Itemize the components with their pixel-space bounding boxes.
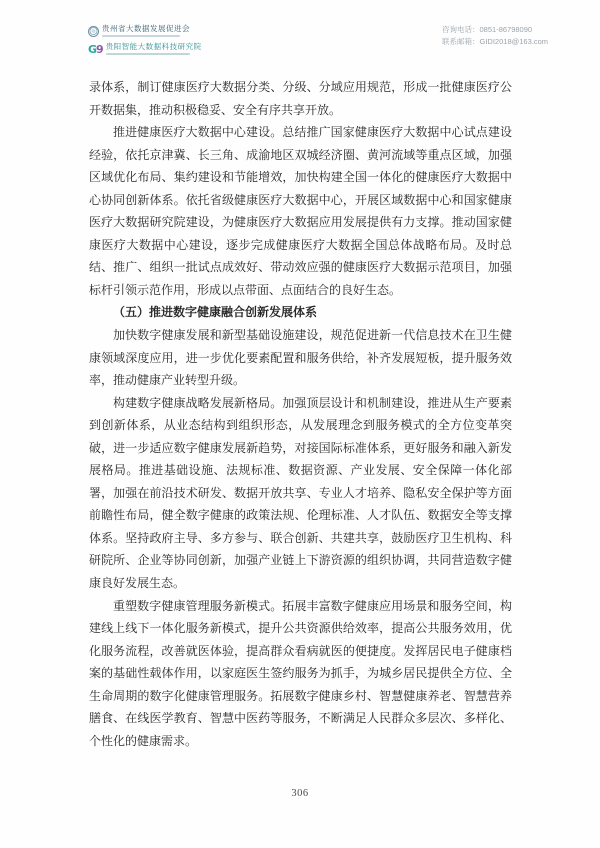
- contact-info: 咨询电话：0851-86798090 联系邮箱：GIDI2018@163.com: [442, 24, 548, 48]
- paragraph: 构建数字健康战略发展新格局。加强顶层设计和机制建设，推进从生产要素到创新体系，从…: [89, 392, 512, 595]
- logo-group: 贵州省大数据发展促进会 G9 贵阳智能大数据科技研究院: [88, 24, 202, 56]
- page-header: 贵州省大数据发展促进会 G9 贵阳智能大数据科技研究院 咨询电话：0851-86…: [88, 24, 548, 56]
- institute-name: 贵阳智能大数据科技研究院: [106, 43, 202, 51]
- paragraph: 录体系，制订健康医疗大数据分类、分级、分域应用规范，形成一批健康医疗公开数据集，…: [89, 76, 512, 121]
- institute-logo-text: 贵阳智能大数据科技研究院: [106, 43, 202, 55]
- phone-number: 0851-86798090: [480, 25, 533, 34]
- association-emblem-icon: [88, 26, 99, 37]
- contact-email-line: 联系邮箱：GIDI2018@163.com: [442, 36, 548, 48]
- document-body: 录体系，制订健康医疗大数据分类、分级、分域应用规范，形成一批健康医疗公开数据集，…: [89, 76, 512, 752]
- section-heading: （五）推进数字健康融合创新发展体系: [89, 301, 512, 324]
- institute-monogram-icon: G9: [88, 44, 103, 55]
- contact-phone-line: 咨询电话：0851-86798090: [442, 24, 548, 36]
- paragraph: 加快数字健康发展和新型基础设施建设，规范促进新一代信息技术在卫生健康领域深度应用…: [89, 324, 512, 392]
- email-address: GIDI2018@163.com: [480, 37, 548, 46]
- document-page: 贵州省大数据发展促进会 G9 贵阳智能大数据科技研究院 咨询电话：0851-86…: [0, 0, 600, 848]
- phone-label: 咨询电话：: [442, 25, 480, 34]
- paragraph: 重塑数字健康管理服务新模式。拓展丰富数字健康应用场景和服务空间，构建线上线下一体…: [89, 595, 512, 753]
- association-name: 贵州省大数据发展促进会: [102, 25, 190, 33]
- association-logo: 贵州省大数据发展促进会: [88, 24, 202, 38]
- page-number: 306: [291, 788, 308, 799]
- association-subtitle-bar: [102, 35, 180, 37]
- paragraph: 推进健康医疗大数据中心建设。总结推广国家健康医疗大数据中心试点建设经验，依托京津…: [89, 121, 512, 301]
- institute-subtitle-bar: [106, 53, 190, 55]
- association-logo-text: 贵州省大数据发展促进会: [102, 25, 190, 37]
- page-footer: 306: [0, 788, 600, 799]
- email-label: 联系邮箱：: [442, 37, 480, 46]
- institute-logo: G9 贵阳智能大数据科技研究院: [88, 42, 202, 56]
